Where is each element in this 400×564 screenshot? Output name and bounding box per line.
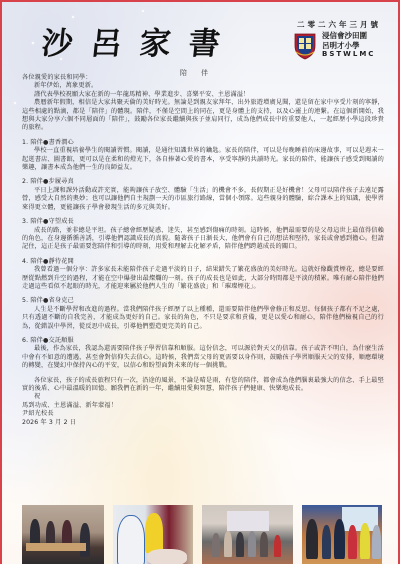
event-photo — [202, 505, 293, 564]
section-heading: 2. 陪伴●步履尋真 — [22, 178, 384, 186]
section-text: 人生是不斷學習和改進的過程。當我們陪伴孩子經歷了以上種種，還需要陪伴他們學會修正… — [22, 306, 384, 331]
section-text: 學校一直重視培養學生的閱讀習慣。閱讀，是通往知識世界的鑰匙。家長的陪伴，可以是每… — [22, 147, 384, 172]
intro-paragraph: 新年伊始，萬象更新。 — [22, 82, 384, 90]
school-name-line2: 呂明才小學 — [322, 41, 375, 51]
event-photo — [22, 505, 104, 564]
intro-paragraph: 謹代表學校祝願大家在新的一年龍馬精神、學業進步、喜樂平安、主恩滿溢！ — [22, 91, 384, 99]
masthead: 沙呂家書 陪伴 二零二六年三月號 浸信會沙田圍 呂明才小學 BSTWLMC — [2, 2, 398, 82]
section-heading: 3. 陪伴●守望成長 — [22, 218, 384, 226]
wish-label: 祝 — [22, 393, 384, 401]
letter-date: 2026 年 3 月 2 日 — [22, 419, 384, 427]
intro-paragraph: 農曆新年假期，相信是大家共聚天倫的美好時光。無論是到親友家拜年、出外旅遊增廣見聞… — [22, 99, 384, 133]
closing-paragraph: 各位家長，孩子的成長旅程只有一次，沿途的風景，不論是晴是雨，有您的陪伴，都會成為… — [22, 377, 384, 394]
sparkle-decoration — [14, 102, 16, 104]
school-code: BSTWLMC — [322, 50, 375, 60]
section-text: 平日上課和課外活動或許充實，能夠讓孩子放空、體驗「生活」的機會不多，長假期正是好… — [22, 187, 384, 212]
newsletter-title: 沙呂家書 — [40, 18, 241, 63]
letter-body: 各位親愛的家長和同學： 新年伊始，萬象更新。 謹代表學校祝願大家在新的一年龍馬精… — [22, 74, 384, 427]
event-photo — [302, 505, 382, 564]
newsletter-page: 沙呂家書 陪伴 二零二六年三月號 浸信會沙田圍 呂明才小學 BSTWLMC 各位… — [0, 0, 400, 564]
school-name-block: 浸信會沙田圍 呂明才小學 BSTWLMC — [322, 31, 375, 60]
signature: 尹紹光校長 — [22, 410, 384, 418]
section-text: 最後，作為家長，我認為還需要陪伴孩子學習信靠和順服。這份信念，可以源於對天父的信… — [22, 345, 384, 370]
issue-date: 二零二六年三月號 — [297, 19, 381, 30]
event-photo — [113, 505, 193, 564]
section-text: 成長的路，並非總是平坦。孩子總會經歷疑惑、迷失，甚至感到傷痛的時刻。這時候，他們… — [22, 227, 384, 252]
section-text: 我曾看過一個分享：許多家長未能陪伴孩子走過平淡的日子，結果錯失了繁花盛放的美好時… — [22, 266, 384, 291]
school-crest-icon — [293, 32, 317, 60]
section-heading: 5. 陪伴●省身克己 — [22, 297, 384, 305]
section-heading: 4. 陪伴●靜待花開 — [22, 258, 384, 266]
school-name-line1: 浸信會沙田圍 — [322, 31, 375, 41]
section-heading: 1. 陪伴●書香潤心 — [22, 139, 384, 147]
photo-strip — [22, 505, 384, 564]
wish-text: 馬到功成、主恩滿溢、新年蒙福！ — [22, 402, 384, 410]
